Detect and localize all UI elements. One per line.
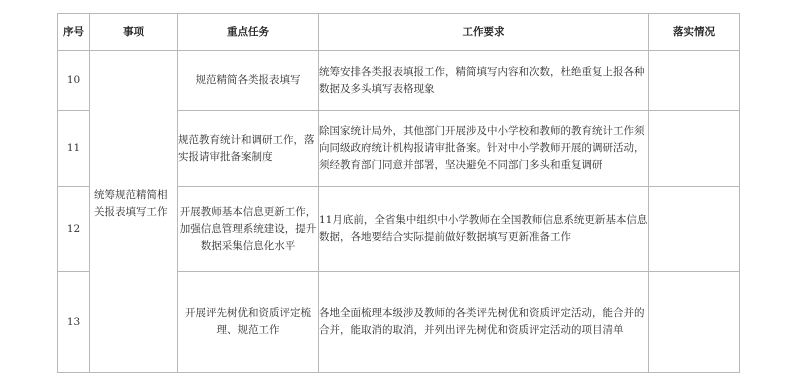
row-number: 11: [58, 111, 90, 187]
header-requirement: 工作要求: [319, 14, 649, 51]
item-text: 统筹规范精简相关报表填写工作: [90, 187, 177, 221]
task-table: 序号 事项 重点任务 工作要求 落实情况 10 统筹规范精简相关报表填写工作 规…: [57, 13, 740, 373]
header-task: 重点任务: [178, 14, 319, 51]
task-cell: 开展教师基本信息更新工作，加强信息管理系统建设，提升数据采集信息化水平: [178, 187, 319, 272]
task-cell: 规范精简各类报表填写: [178, 51, 319, 111]
table-row: 10 统筹规范精简相关报表填写工作 规范精简各类报表填写 统筹安排各类报表填报工…: [58, 51, 740, 111]
status-cell: [649, 111, 740, 187]
header-item: 事项: [90, 14, 178, 51]
row-number: 12: [58, 187, 90, 272]
task-cell: 开展评先树优和资质评定梳理、规范工作: [178, 272, 319, 373]
task-cell: 规范教育统计和调研工作，落实报请审批备案制度: [178, 111, 319, 187]
header-no: 序号: [58, 14, 90, 51]
requirement-cell: 11月底前，全省集中组织中小学教师在全国教师信息系统更新基本信息数据，各地要结合…: [319, 187, 649, 272]
status-cell: [649, 51, 740, 111]
requirement-cell: 各地全面梳理本级涉及教师的各类评先树优和资质评定活动，能合并的合并，能取消的取消…: [319, 272, 649, 373]
table-header-row: 序号 事项 重点任务 工作要求 落实情况: [58, 14, 740, 51]
merged-item-cell: 统筹规范精简相关报表填写工作: [90, 51, 178, 373]
status-cell: [649, 187, 740, 272]
requirement-cell: 除国家统计局外，其他部门开展涉及中小学校和教师的教育统计工作须向同级政府统计机构…: [319, 111, 649, 187]
requirement-cell: 统筹安排各类报表填报工作，精简填写内容和次数，杜绝重复上报各种数据及多头填写表格…: [319, 51, 649, 111]
row-number: 10: [58, 51, 90, 111]
header-status: 落实情况: [649, 14, 740, 51]
status-cell: [649, 272, 740, 373]
row-number: 13: [58, 272, 90, 373]
